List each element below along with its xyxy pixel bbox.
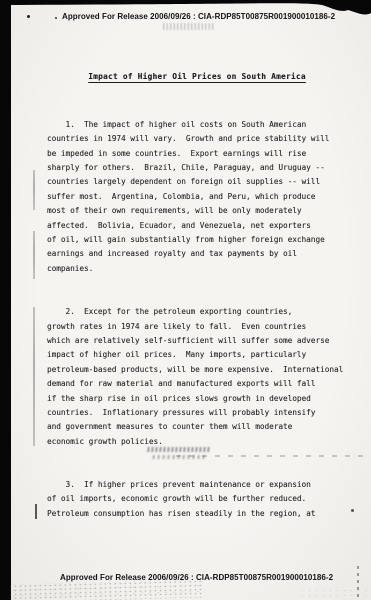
- margin-pencil-mark: [33, 231, 35, 279]
- scan-edge-left: [0, 0, 11, 600]
- document-body: 1. The impact of higher oil costs on Sou…: [47, 89, 367, 550]
- speck-dot-icon: [55, 17, 57, 19]
- paragraph-3: 3. If higher prices prevent maintenance …: [47, 478, 367, 521]
- faded-stamp-mark: [163, 23, 215, 30]
- speck-dot-icon: [351, 509, 354, 512]
- scan-noise-bottom-left: [8, 579, 203, 600]
- paragraph-2: 2. Except for the petroleum exporting co…: [47, 305, 367, 449]
- scan-noise-bottom-right: [299, 588, 369, 600]
- speck-dot-icon: [27, 15, 30, 18]
- page-title: Impact of Higher Oil Prices on South Ame…: [47, 72, 347, 81]
- faded-stamp-underline: [176, 455, 370, 457]
- scanned-document-page: Approved For Release 2006/09/26 : CIA-RD…: [0, 0, 371, 600]
- margin-pencil-mark: [35, 504, 37, 519]
- faded-classification-stamp: [146, 447, 209, 460]
- paragraph-1: 1. The impact of higher oil costs on Sou…: [47, 118, 367, 276]
- margin-pencil-mark: [33, 307, 35, 446]
- margin-pencil-mark: [33, 170, 35, 210]
- header-approval-line: Approved For Release 2006/09/26 : CIA-RD…: [62, 12, 335, 21]
